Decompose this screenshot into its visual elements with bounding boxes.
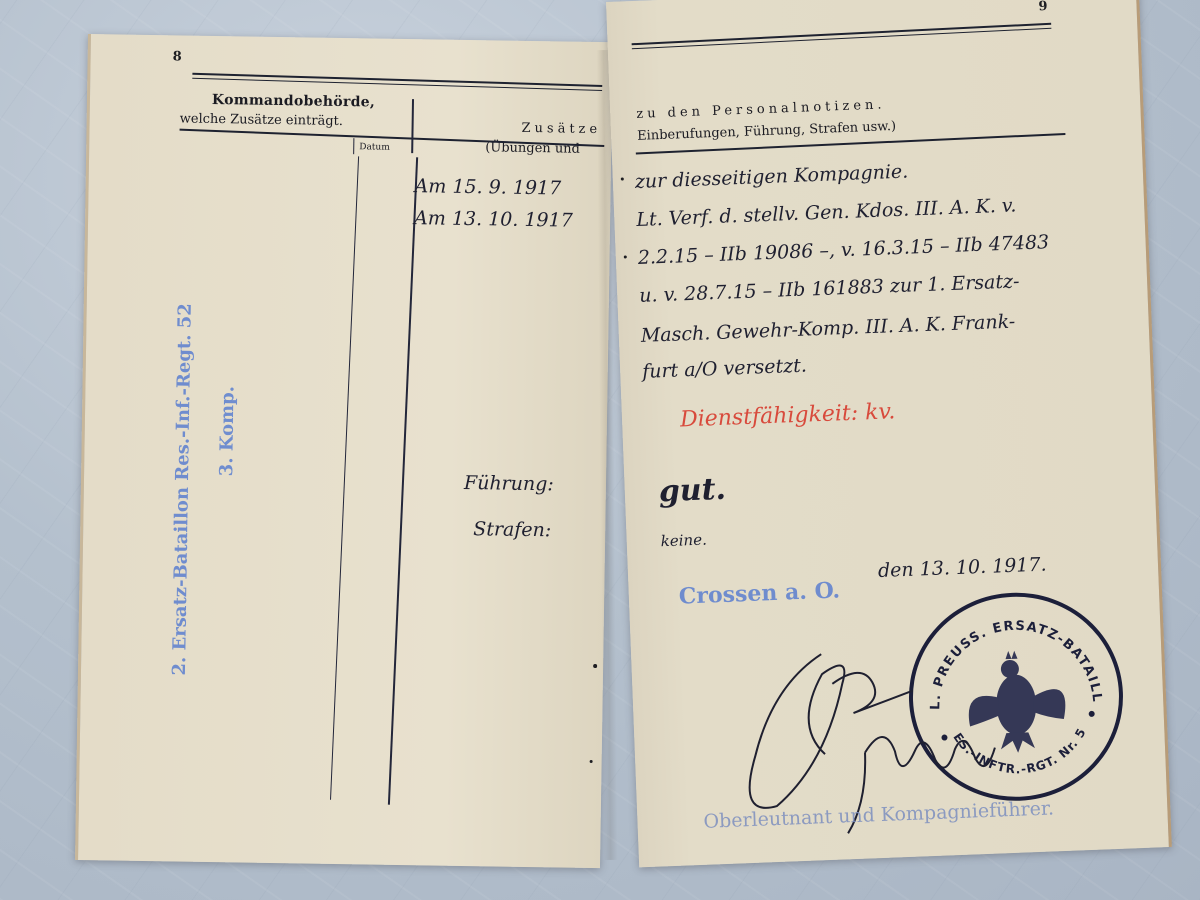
conduct-value: gut. — [658, 472, 726, 510]
handwritten-line-3: 2.2.15 – IIb 19086 –, v. 16.3.15 – IIb 4… — [637, 231, 1049, 269]
date-line: den 13. 10. 1917. — [878, 554, 1047, 582]
handwritten-line-6: furt a/O versetzt. — [642, 355, 807, 383]
binding-staple-dot — [590, 760, 593, 763]
binding-staple-dot — [624, 255, 627, 258]
binding-staple-dot — [593, 664, 597, 668]
handwritten-line-4: u. v. 28.7.15 – IIb 161883 zur 1. Ersatz… — [639, 270, 1020, 307]
column2-title: Zusätze — [521, 121, 601, 137]
zusaetze-column-line — [388, 157, 418, 804]
fitness-note-red: Dienstfähigkeit: kv. — [680, 399, 896, 432]
handwritten-line-5: Masch. Gewehr-Komp. III. A. K. Frank- — [640, 311, 1015, 347]
battalion-stamp-line2: 3. Komp. — [216, 386, 238, 477]
conduct-label: Führung: — [464, 472, 554, 495]
header-line2: Einberufungen, Führung, Strafen usw.) — [637, 119, 896, 144]
right-page: 9 zu den Personalnotizen. Einberufungen,… — [606, 0, 1172, 867]
datum-column-line — [330, 156, 359, 799]
header-top-rule — [192, 73, 602, 87]
header-top-rule — [632, 23, 1052, 46]
handwritten-line-1: zur diesseitigen Kompagnie. — [635, 161, 909, 193]
left-page: 8 Kommandobehörde, welche Zusätze einträ… — [75, 34, 613, 868]
punishments-label: Strafen: — [473, 518, 551, 541]
handwritten-line-2: Lt. Verf. d. stellv. Gen. Kdos. III. A. … — [636, 194, 1017, 231]
page-number-8: 8 — [173, 49, 182, 64]
punishments-value: keine. — [660, 531, 707, 551]
header-line1: zu den Personalnotizen. — [636, 97, 886, 122]
datum-label: Datum — [359, 142, 390, 152]
page-number-9: 9 — [1038, 0, 1048, 14]
binding-staple-dot — [621, 177, 624, 180]
datum-divider — [353, 138, 354, 154]
header-column-divider — [411, 99, 414, 153]
battalion-stamp-line1: 2. Ersatz-Bataillon Res.-Inf.-Regt. 52 — [169, 303, 196, 676]
column1-title: Kommandobehörde, — [212, 92, 375, 111]
entry-date-2: Am 13. 10. 1917 — [414, 207, 573, 231]
column1-subtitle: welche Zusätze einträgt. — [180, 111, 343, 129]
entry-date-1: Am 15. 9. 1917 — [414, 175, 561, 199]
place-stamp: Crossen a. O. — [678, 577, 840, 609]
